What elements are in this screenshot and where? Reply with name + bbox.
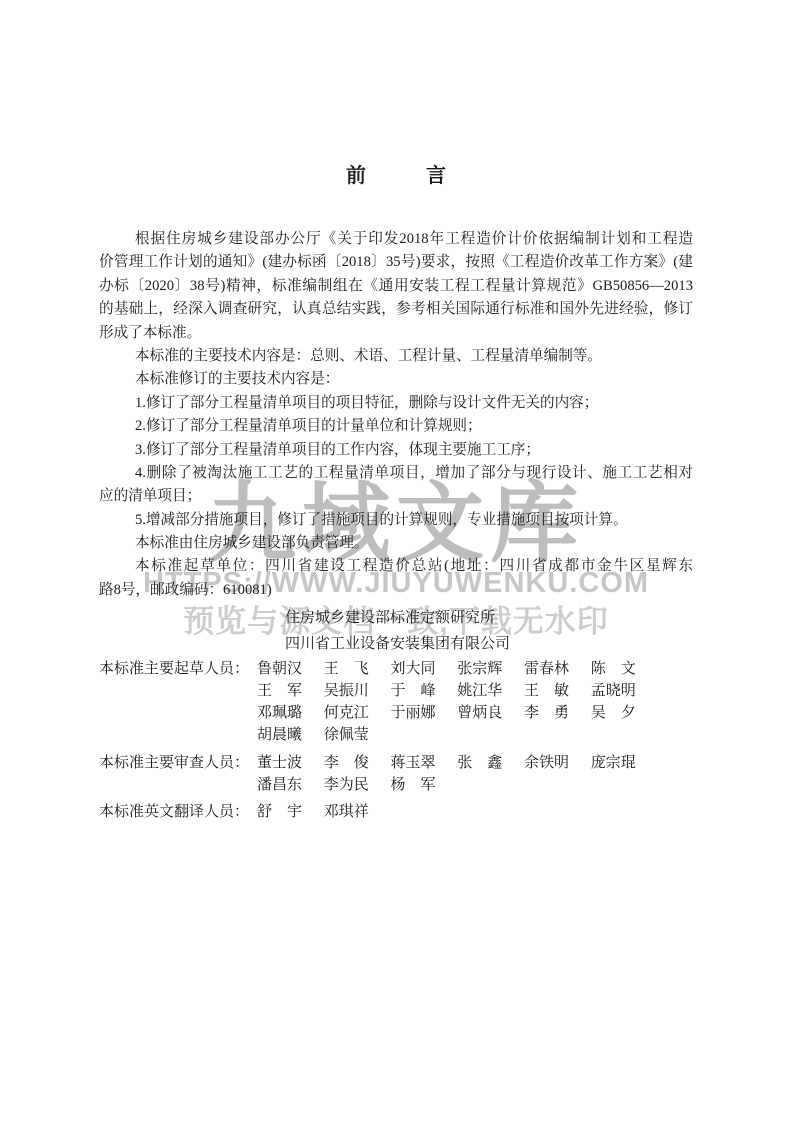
drafters-rows: 鲁朝汉 王 飞 刘大同 张宗辉 雷春林 陈 文 王 军 吴振川 于 峰 姚江华 … — [257, 658, 693, 746]
person-name: 王 军 — [257, 680, 304, 702]
drafting-unit: 四川省工业设备安装集团有限公司 — [285, 631, 693, 657]
person-name: 姚江华 — [457, 680, 504, 702]
drafting-unit: 住房城乡建设部标准定额研究所 — [285, 605, 693, 631]
person-name: 李为民 — [324, 774, 371, 796]
name-row: 鲁朝汉 王 飞 刘大同 张宗辉 雷春林 陈 文 — [257, 658, 693, 680]
personnel: 本标准主要起草人员： 鲁朝汉 王 飞 刘大同 张宗辉 雷春林 陈 文 王 军 吴… — [99, 658, 693, 823]
name-row: 董士波 李 俊 蒋玉翠 张 鑫 余铁明 庞宗琨 — [257, 752, 693, 774]
person-name: 王 敏 — [524, 680, 571, 702]
person-name: 于丽娜 — [391, 702, 438, 724]
person-name: 杨 军 — [391, 774, 438, 796]
person-name: 吴振川 — [324, 680, 371, 702]
name-row: 邓珮璐 何克江 于丽娜 曾炳良 李 勇 吴 夕 — [257, 702, 693, 724]
body-line: 1.修订了部分工程量清单项目的项目特征，删除与设计文件无关的内容； — [99, 392, 693, 415]
person-name: 雷春林 — [524, 658, 571, 680]
body-line: 根据住房城乡建设部办公厅《关于印发2018年工程造价计价依据编制计划和工程造 — [99, 228, 693, 251]
body-line: 路8号，邮政编码：610081) — [99, 579, 693, 602]
body-line: 应的清单项目； — [99, 485, 693, 508]
translators-label: 本标准英文翻译人员： — [99, 801, 257, 823]
reviewers-rows: 董士波 李 俊 蒋玉翠 张 鑫 余铁明 庞宗琨 潘昌东 李为民 杨 军 — [257, 752, 693, 796]
drafters-label: 本标准主要起草人员： — [99, 658, 257, 746]
person-name: 董士波 — [257, 752, 304, 774]
body-line: 3.修订了部分工程量清单项目的工作内容，体现主要施工工序； — [99, 439, 693, 462]
person-name: 潘昌东 — [257, 774, 304, 796]
body-line: 本标准修订的主要技术内容是： — [99, 368, 693, 391]
person-name: 邓珮璐 — [257, 702, 304, 724]
person-name: 陈 文 — [591, 658, 638, 680]
person-name: 蒋玉翠 — [391, 752, 438, 774]
person-name: 邓琪祥 — [324, 801, 371, 823]
reviewers-section: 本标准主要审查人员： 董士波 李 俊 蒋玉翠 张 鑫 余铁明 庞宗琨 潘昌东 李… — [99, 752, 693, 796]
preface-body: 根据住房城乡建设部办公厅《关于印发2018年工程造价计价依据编制计划和工程造 价… — [99, 228, 693, 602]
person-name: 余铁明 — [524, 752, 571, 774]
drafters-section: 本标准主要起草人员： 鲁朝汉 王 飞 刘大同 张宗辉 雷春林 陈 文 王 军 吴… — [99, 658, 693, 746]
person-name: 于 峰 — [391, 680, 438, 702]
name-row: 王 军 吴振川 于 峰 姚江华 王 敏 孟晓明 — [257, 680, 693, 702]
person-name: 舒 宇 — [257, 801, 304, 823]
person-name: 王 飞 — [324, 658, 371, 680]
person-name: 李 俊 — [324, 752, 371, 774]
body-line: 5.增减部分措施项目，修订了措施项目的计算规则，专业措施项目按项计算。 — [99, 509, 693, 532]
person-name: 张 鑫 — [457, 752, 504, 774]
body-line: 形成了本标准。 — [99, 322, 693, 345]
person-name: 孟晓明 — [591, 680, 638, 702]
body-line: 的基础上，经深入调查研究，认真总结实践，参考相关国际通行标准和国外先进经验，修订 — [99, 298, 693, 321]
name-row: 胡晨曦 徐佩莹 — [257, 724, 693, 746]
body-line: 价管理工作计划的通知》(建办标函〔2018〕35号)要求，按照《工程造价改革工作… — [99, 251, 693, 274]
person-name: 李 勇 — [524, 702, 571, 724]
body-line: 本标准由住房城乡建设部负责管理。 — [99, 532, 693, 555]
person-name: 胡晨曦 — [257, 724, 304, 746]
body-line: 4.删除了被淘汰施工工艺的工程量清单项目，增加了部分与现行设计、施工工艺相对 — [99, 462, 693, 485]
page-title: 前 言 — [99, 164, 693, 188]
drafting-units: 住房城乡建设部标准定额研究所 四川省工业设备安装集团有限公司 — [285, 605, 693, 657]
body-line: 2.修订了部分工程量清单项目的计量单位和计算规则； — [99, 415, 693, 438]
person-name: 张宗辉 — [457, 658, 504, 680]
person-name: 何克江 — [324, 702, 371, 724]
translators-rows: 舒 宇 邓琪祥 — [257, 801, 693, 823]
person-name: 曾炳良 — [457, 702, 504, 724]
person-name: 鲁朝汉 — [257, 658, 304, 680]
name-row: 舒 宇 邓琪祥 — [257, 801, 693, 823]
person-name: 刘大同 — [391, 658, 438, 680]
name-row: 潘昌东 李为民 杨 军 — [257, 774, 693, 796]
document-content: 前 言 根据住房城乡建设部办公厅《关于印发2018年工程造价计价依据编制计划和工… — [99, 164, 693, 823]
translators-section: 本标准英文翻译人员： 舒 宇 邓琪祥 — [99, 801, 693, 823]
person-name: 庞宗琨 — [591, 752, 638, 774]
body-line: 办标〔2020〕38号)精神，标准编制组在《通用安装工程工程量计算规范》GB50… — [99, 275, 693, 298]
reviewers-label: 本标准主要审查人员： — [99, 752, 257, 796]
person-name: 吴 夕 — [591, 702, 638, 724]
body-line: 本标准起草单位：四川省建设工程造价总站(地址：四川省成都市金牛区星辉东 — [99, 555, 693, 578]
document-page: 九域文库 HTTPS://WWW.JIUYUWENKU.COM 预览与源文档一致… — [0, 0, 792, 1122]
person-name: 徐佩莹 — [324, 724, 371, 746]
body-line: 本标准的主要技术内容是：总则、术语、工程计量、工程量清单编制等。 — [99, 345, 693, 368]
